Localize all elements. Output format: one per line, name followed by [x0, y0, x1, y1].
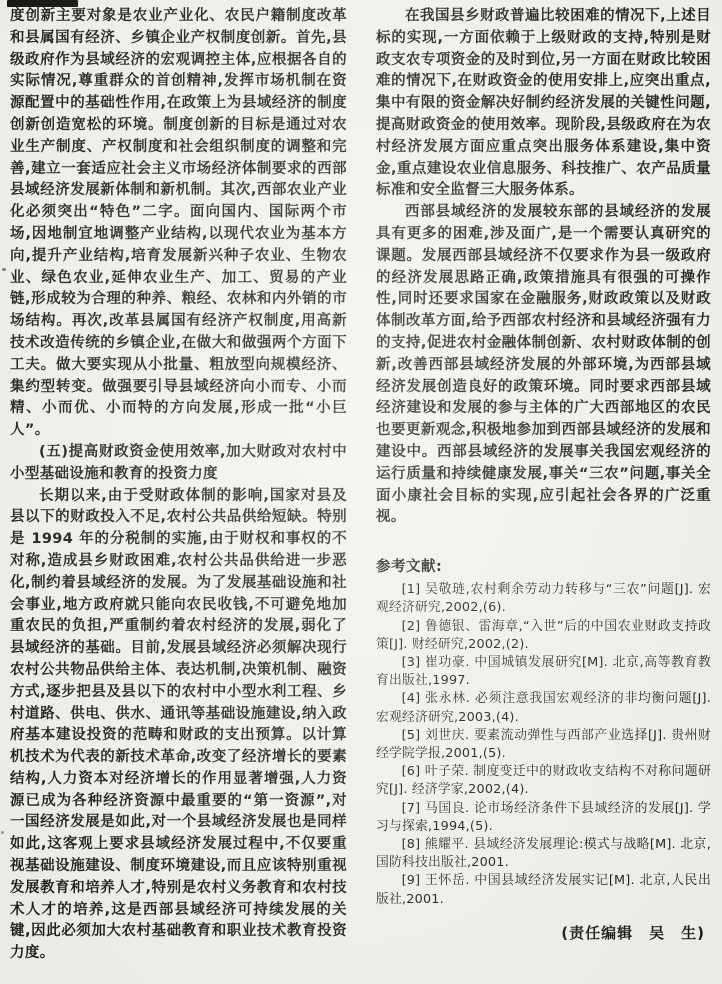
reference-item: [9] 王怀岳. 中国县域经济发展实记[M]. 北京,人民出版社,2001.	[376, 872, 711, 908]
references-title: 参考文献:	[376, 555, 711, 576]
body-paragraph: 西部县域经济的发展较东部的县域经济的发展具有更多的困难,涉及面广,是一个需要认真…	[376, 202, 711, 529]
reference-item: [4] 张永林. 必须注意我国宏观经济的非均衡问题[J]. 宏观经济研究,200…	[376, 690, 711, 726]
reference-item: [7] 马国良. 论市场经济条件下县域经济的发展[J]. 学习与探索,1994,…	[376, 800, 711, 836]
responsible-editor-line: (责任编辑 吴 生)	[376, 922, 711, 943]
body-paragraph-continuation: 度创新主要对象是农业产业化、农民户籍制度改革和县属国有经济、乡镇企业产权制度创新…	[10, 6, 347, 442]
reference-item: [6] 叶子荣. 制度变迁中的财政收支结构不对称问题研究[J]. 经济学家,20…	[376, 763, 711, 799]
scan-speck	[1, 831, 4, 834]
body-paragraph: 长期以来,由于受财政体制的影响,国家对县及县以下的财政投入不足,农村公共品供给短…	[10, 486, 347, 966]
references-section: 参考文献: [1] 吴敬琏,农村剩余劳动力转移与“三农”问题[J]. 宏观经济研…	[376, 555, 711, 909]
section-heading: (五)提高财政资金使用效率,加大财政对农村中小型基础设施和教育的投资力度	[10, 442, 347, 486]
reference-item: [8] 熊耀平. 县域经济发展理论:模式与战略[M]. 北京,国防科技出版社,2…	[376, 836, 711, 872]
reference-item: [5] 刘世庆. 要素流动弹性与西部产业选择[J]. 贵州财经学院学报,2001…	[376, 727, 711, 763]
body-paragraph: 在我国县乡财政普遍比较困难的情况下,上述目标的实现,一方面依赖于上级财政的支持,…	[376, 6, 711, 202]
scan-speck	[2, 268, 6, 271]
scanned-paper-page: 度创新主要对象是农业产业化、农民户籍制度改革和县属国有经济、乡镇企业产权制度创新…	[0, 0, 722, 984]
reference-item: [2] 鲁德银、雷海章,“入世”后的中国农业财政支持政策[J]. 财经研究,20…	[376, 618, 711, 654]
left-column: 度创新主要对象是农业产业化、农民户籍制度改革和县属国有经济、乡镇企业产权制度创新…	[10, 6, 347, 965]
reference-item: [3] 崔功豪. 中国城镇发展研究[M]. 北京,高等教育教育出版社,1997.	[376, 654, 711, 690]
right-column: 在我国县乡财政普遍比较困难的情况下,上述目标的实现,一方面依赖于上级财政的支持,…	[376, 6, 711, 943]
reference-item: [1] 吴敬琏,农村剩余劳动力转移与“三农”问题[J]. 宏观经济研究,2002…	[376, 581, 711, 617]
